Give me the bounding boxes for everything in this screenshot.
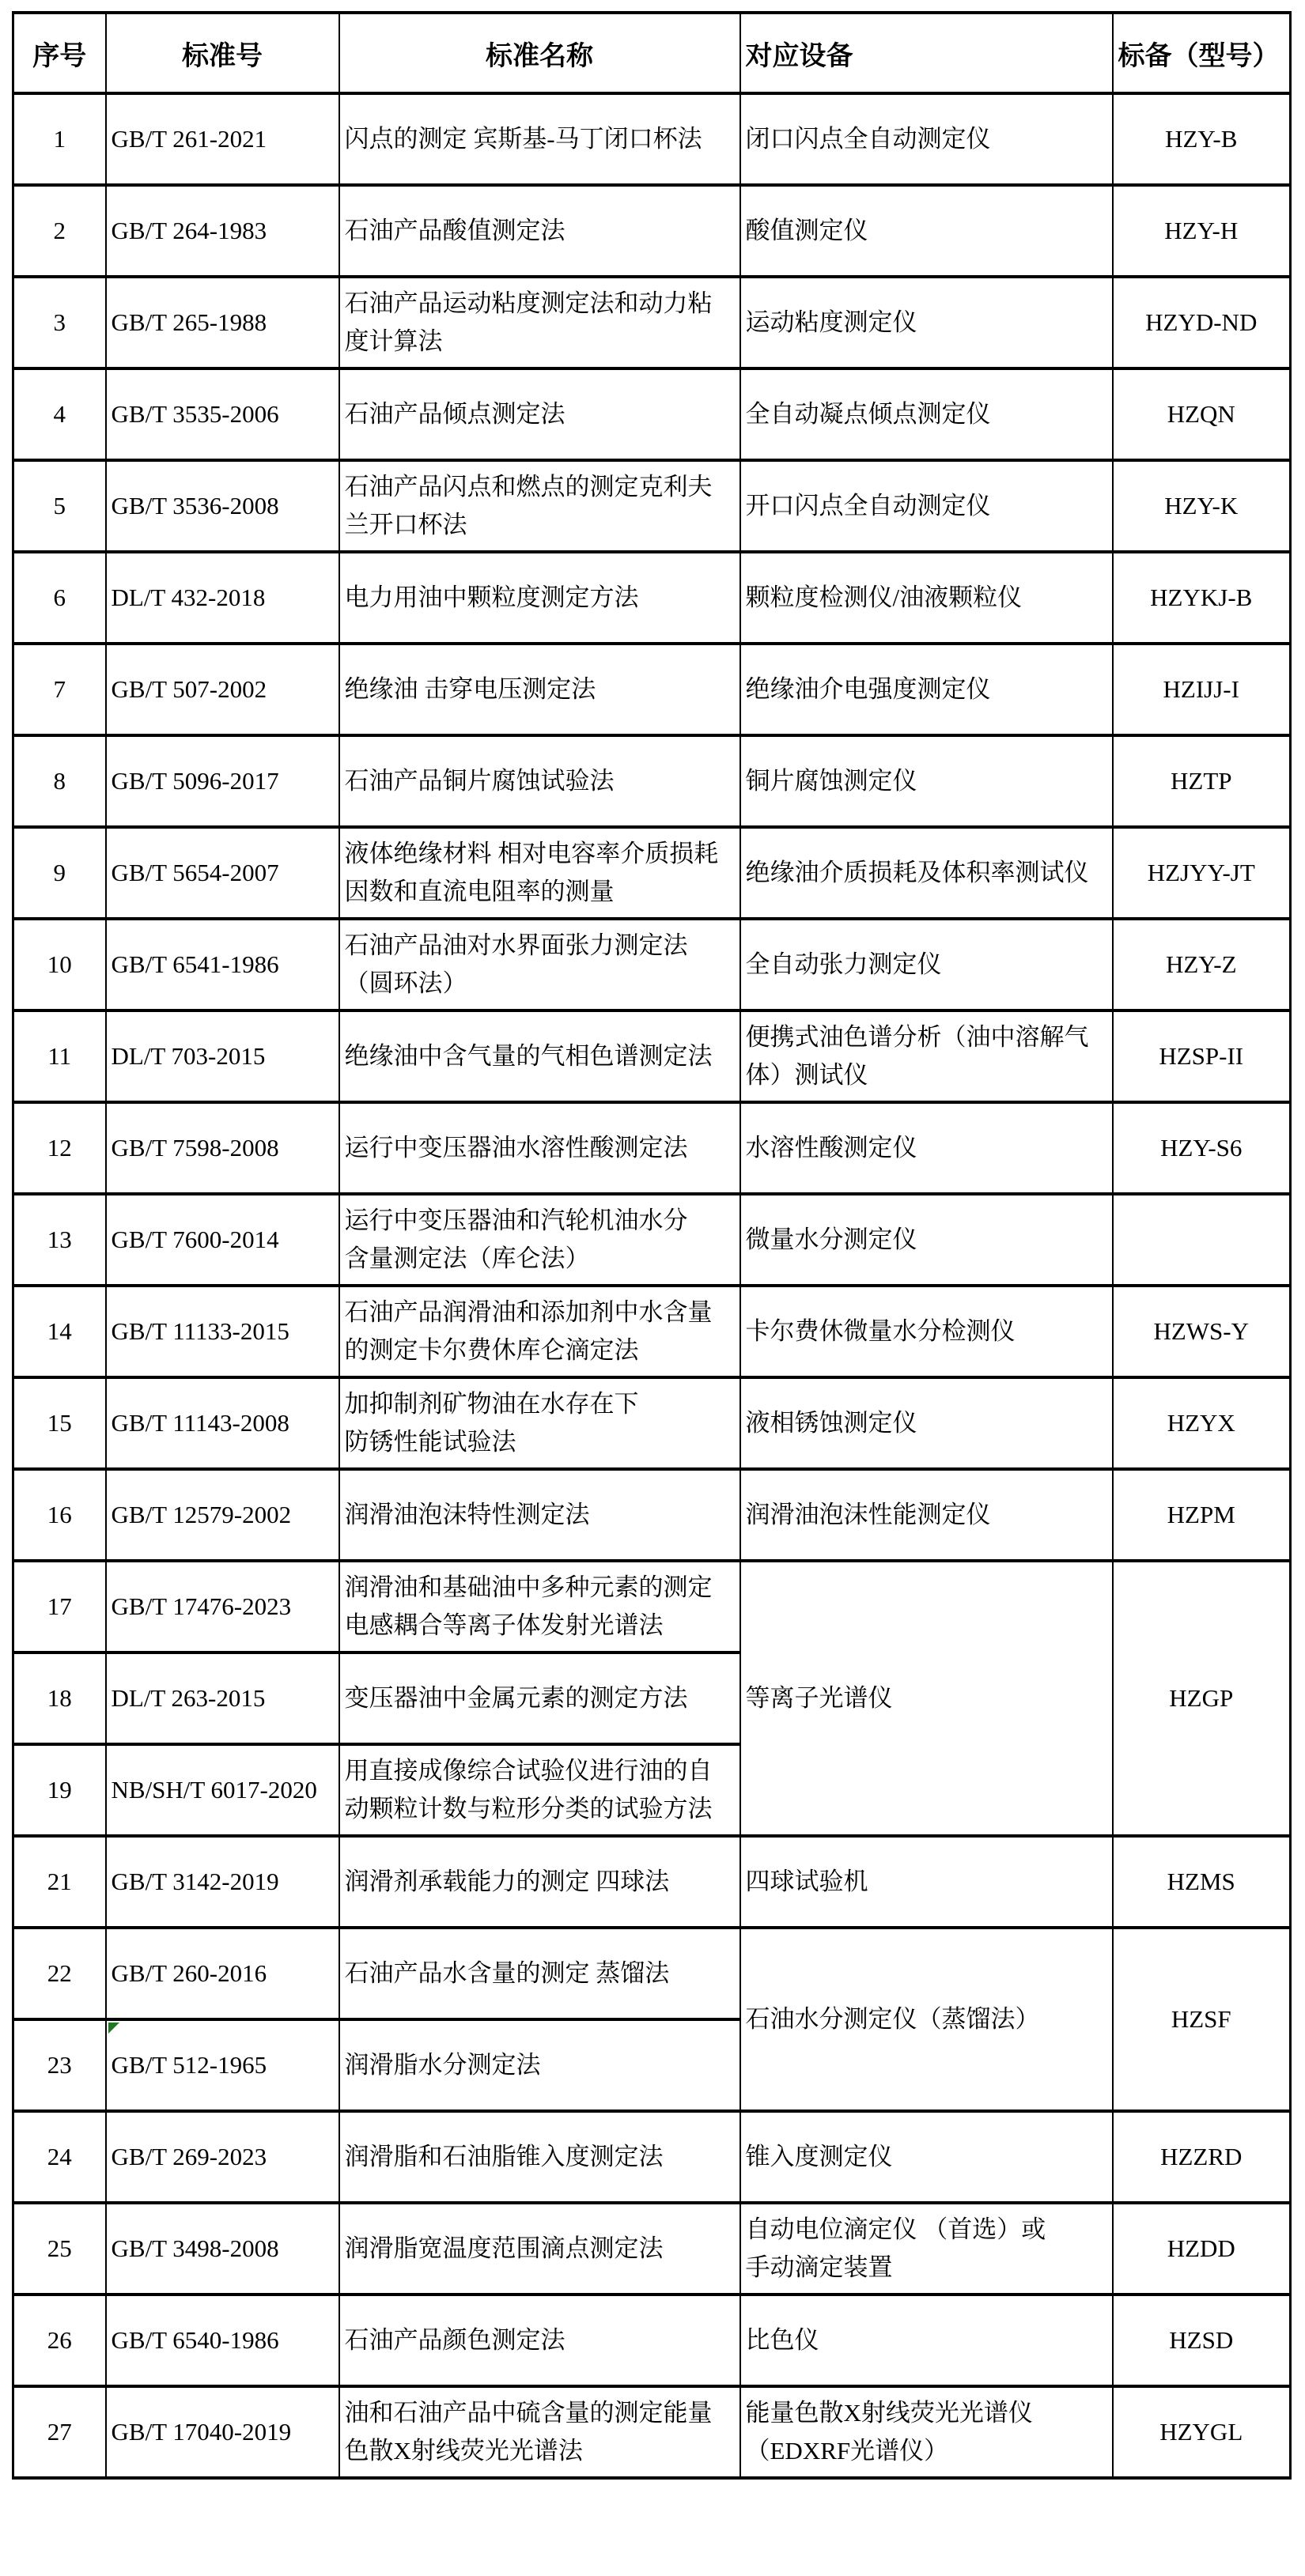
cell-device: 开口闪点全自动测定仪 bbox=[740, 460, 1113, 552]
table-row: 10GB/T 6541-1986石油产品油对水界面张力测定法 （圆环法）全自动张… bbox=[13, 919, 1291, 1010]
cell-standard-number: GB/T 7598-2008 bbox=[106, 1102, 339, 1194]
cell-model: HZMS bbox=[1113, 1836, 1291, 1928]
cell-serial-number: 12 bbox=[13, 1102, 106, 1194]
cell-serial-number: 9 bbox=[13, 827, 106, 919]
cell-standard-name: 运行中变压器油和汽轮机油水分 含量测定法（库仑法） bbox=[339, 1194, 740, 1286]
cell-serial-number: 11 bbox=[13, 1010, 106, 1102]
cell-model: HZQN bbox=[1113, 368, 1291, 460]
cell-standard-number: GB/T 11133-2015 bbox=[106, 1286, 339, 1377]
header-serial-number: 序号 bbox=[13, 13, 106, 93]
cell-model: HZTP bbox=[1113, 735, 1291, 827]
cell-standard-number: GB/T 3536-2008 bbox=[106, 460, 339, 552]
table-row: 16GB/T 12579-2002润滑油泡沫特性测定法润滑油泡沫性能测定仪HZP… bbox=[13, 1469, 1291, 1561]
table-row: 3GB/T 265-1988石油产品运动粘度测定法和动力粘 度计算法运动粘度测定… bbox=[13, 277, 1291, 368]
cell-standard-number: GB/T 512-1965 bbox=[106, 2019, 339, 2111]
table-row: 12GB/T 7598-2008运行中变压器油水溶性酸测定法水溶性酸测定仪HZY… bbox=[13, 1102, 1291, 1194]
cell-device: 锥入度测定仪 bbox=[740, 2111, 1113, 2203]
cell-standard-name: 加抑制剂矿物油在水存在下 防锈性能试验法 bbox=[339, 1377, 740, 1469]
cell-serial-number: 6 bbox=[13, 552, 106, 644]
cell-model: HZY-S6 bbox=[1113, 1102, 1291, 1194]
cell-standard-number: GB/T 3498-2008 bbox=[106, 2203, 339, 2295]
table-body: 1GB/T 261-2021闪点的测定 宾斯基-马丁闭口杯法闭口闪点全自动测定仪… bbox=[13, 93, 1291, 2478]
cell-standard-number: GB/T 261-2021 bbox=[106, 93, 339, 185]
table-row: 1GB/T 261-2021闪点的测定 宾斯基-马丁闭口杯法闭口闪点全自动测定仪… bbox=[13, 93, 1291, 185]
cell-device: 四球试验机 bbox=[740, 1836, 1113, 1928]
error-indicator-triangle bbox=[108, 2023, 119, 2034]
cell-device: 石油水分测定仪（蒸馏法） bbox=[740, 1928, 1113, 2111]
cell-device: 酸值测定仪 bbox=[740, 185, 1113, 277]
cell-serial-number: 13 bbox=[13, 1194, 106, 1286]
table-row: 8GB/T 5096-2017石油产品铜片腐蚀试验法铜片腐蚀测定仪HZTP bbox=[13, 735, 1291, 827]
cell-standard-name: 变压器油中金属元素的测定方法 bbox=[339, 1652, 740, 1744]
table-row: 21GB/T 3142-2019润滑剂承载能力的测定 四球法四球试验机HZMS bbox=[13, 1836, 1291, 1928]
cell-serial-number: 19 bbox=[13, 1744, 106, 1836]
cell-standard-number: NB/SH/T 6017-2020 bbox=[106, 1744, 339, 1836]
cell-standard-name: 石油产品运动粘度测定法和动力粘 度计算法 bbox=[339, 277, 740, 368]
cell-device: 等离子光谱仪 bbox=[740, 1561, 1113, 1836]
cell-standard-name: 润滑脂水分测定法 bbox=[339, 2019, 740, 2111]
cell-standard-name: 润滑油和基础油中多种元素的测定 电感耦合等离子体发射光谱法 bbox=[339, 1561, 740, 1652]
cell-serial-number: 22 bbox=[13, 1928, 106, 2019]
cell-model: HZY-B bbox=[1113, 93, 1291, 185]
cell-serial-number: 23 bbox=[13, 2019, 106, 2111]
table-row: 11DL/T 703-2015绝缘油中含气量的气相色谱测定法便携式油色谱分析（油… bbox=[13, 1010, 1291, 1102]
cell-model: HZSP-II bbox=[1113, 1010, 1291, 1102]
cell-device: 便携式油色谱分析（油中溶解气 体）测试仪 bbox=[740, 1010, 1113, 1102]
cell-standard-name: 闪点的测定 宾斯基-马丁闭口杯法 bbox=[339, 93, 740, 185]
header-standard-name: 标准名称 bbox=[339, 13, 740, 93]
table-row: 6DL/T 432-2018电力用油中颗粒度测定方法颗粒度检测仪/油液颗粒仪HZ… bbox=[13, 552, 1291, 644]
cell-serial-number: 14 bbox=[13, 1286, 106, 1377]
cell-standard-name: 石油产品倾点测定法 bbox=[339, 368, 740, 460]
cell-standard-name: 石油产品颜色测定法 bbox=[339, 2295, 740, 2386]
table-row: 13GB/T 7600-2014运行中变压器油和汽轮机油水分 含量测定法（库仑法… bbox=[13, 1194, 1291, 1286]
cell-standard-name: 用直接成像综合试验仪进行油的自 动颗粒计数与粒形分类的试验方法 bbox=[339, 1744, 740, 1836]
cell-standard-number: GB/T 3535-2006 bbox=[106, 368, 339, 460]
cell-standard-name: 石油产品水含量的测定 蒸馏法 bbox=[339, 1928, 740, 2019]
cell-standard-number: DL/T 432-2018 bbox=[106, 552, 339, 644]
table-row: 24GB/T 269-2023润滑脂和石油脂锥入度测定法锥入度测定仪HZZRD bbox=[13, 2111, 1291, 2203]
cell-device: 自动电位滴定仪 （首选）或 手动滴定装置 bbox=[740, 2203, 1113, 2295]
table-row: 2GB/T 264-1983石油产品酸值测定法酸值测定仪HZY-H bbox=[13, 185, 1291, 277]
cell-device: 颗粒度检测仪/油液颗粒仪 bbox=[740, 552, 1113, 644]
cell-standard-name: 电力用油中颗粒度测定方法 bbox=[339, 552, 740, 644]
cell-model: HZJYY-JT bbox=[1113, 827, 1291, 919]
table-row: 17GB/T 17476-2023润滑油和基础油中多种元素的测定 电感耦合等离子… bbox=[13, 1561, 1291, 1652]
cell-device: 卡尔费休微量水分检测仪 bbox=[740, 1286, 1113, 1377]
cell-device: 运动粘度测定仪 bbox=[740, 277, 1113, 368]
cell-model: HZYX bbox=[1113, 1377, 1291, 1469]
cell-serial-number: 21 bbox=[13, 1836, 106, 1928]
cell-model: HZGP bbox=[1113, 1561, 1291, 1836]
cell-model: HZY-K bbox=[1113, 460, 1291, 552]
cell-model bbox=[1113, 1194, 1291, 1286]
cell-serial-number: 8 bbox=[13, 735, 106, 827]
cell-standard-number: GB/T 11143-2008 bbox=[106, 1377, 339, 1469]
cell-standard-name: 润滑油泡沫特性测定法 bbox=[339, 1469, 740, 1561]
cell-serial-number: 16 bbox=[13, 1469, 106, 1561]
cell-device: 全自动凝点倾点测定仪 bbox=[740, 368, 1113, 460]
cell-serial-number: 26 bbox=[13, 2295, 106, 2386]
cell-standard-name: 润滑剂承载能力的测定 四球法 bbox=[339, 1836, 740, 1928]
cell-standard-name: 润滑脂宽温度范围滴点测定法 bbox=[339, 2203, 740, 2295]
cell-standard-number: GB/T 17476-2023 bbox=[106, 1561, 339, 1652]
cell-model: HZIJJ-I bbox=[1113, 644, 1291, 735]
document-page: 序号 标准号 标准名称 对应设备 标备（型号） 1GB/T 261-2021闪点… bbox=[12, 11, 1292, 2480]
cell-serial-number: 7 bbox=[13, 644, 106, 735]
cell-device: 能量色散X射线荧光光谱仪 （EDXRF光谱仪） bbox=[740, 2386, 1113, 2478]
cell-model: HZYGL bbox=[1113, 2386, 1291, 2478]
cell-standard-name: 绝缘油 击穿电压测定法 bbox=[339, 644, 740, 735]
cell-serial-number: 18 bbox=[13, 1652, 106, 1744]
cell-model: HZDD bbox=[1113, 2203, 1291, 2295]
cell-serial-number: 4 bbox=[13, 368, 106, 460]
cell-device: 绝缘油介质损耗及体积率测试仪 bbox=[740, 827, 1113, 919]
cell-model: HZY-H bbox=[1113, 185, 1291, 277]
cell-serial-number: 3 bbox=[13, 277, 106, 368]
cell-serial-number: 24 bbox=[13, 2111, 106, 2203]
cell-serial-number: 15 bbox=[13, 1377, 106, 1469]
cell-standard-number: DL/T 263-2015 bbox=[106, 1652, 339, 1744]
cell-serial-number: 2 bbox=[13, 185, 106, 277]
cell-standard-number: GB/T 260-2016 bbox=[106, 1928, 339, 2019]
table-row: 9GB/T 5654-2007液体绝缘材料 相对电容率介质损耗 因数和直流电阻率… bbox=[13, 827, 1291, 919]
cell-model: HZSF bbox=[1113, 1928, 1291, 2111]
cell-standard-name: 石油产品润滑油和添加剂中水含量 的测定卡尔费休库仑滴定法 bbox=[339, 1286, 740, 1377]
table-row: 27GB/T 17040-2019油和石油产品中硫含量的测定能量 色散X射线荧光… bbox=[13, 2386, 1291, 2478]
cell-model: HZPM bbox=[1113, 1469, 1291, 1561]
table-row: 22GB/T 260-2016石油产品水含量的测定 蒸馏法石油水分测定仪（蒸馏法… bbox=[13, 1928, 1291, 2019]
cell-device: 水溶性酸测定仪 bbox=[740, 1102, 1113, 1194]
cell-serial-number: 5 bbox=[13, 460, 106, 552]
cell-standard-number: GB/T 5096-2017 bbox=[106, 735, 339, 827]
cell-model: HZWS-Y bbox=[1113, 1286, 1291, 1377]
cell-device: 比色仪 bbox=[740, 2295, 1113, 2386]
cell-serial-number: 25 bbox=[13, 2203, 106, 2295]
cell-device: 微量水分测定仪 bbox=[740, 1194, 1113, 1286]
cell-serial-number: 27 bbox=[13, 2386, 106, 2478]
cell-standard-number: GB/T 264-1983 bbox=[106, 185, 339, 277]
cell-device: 全自动张力测定仪 bbox=[740, 919, 1113, 1010]
cell-serial-number: 1 bbox=[13, 93, 106, 185]
standards-table: 序号 标准号 标准名称 对应设备 标备（型号） 1GB/T 261-2021闪点… bbox=[12, 11, 1292, 2480]
cell-standard-number: GB/T 7600-2014 bbox=[106, 1194, 339, 1286]
table-row: 14GB/T 11133-2015石油产品润滑油和添加剂中水含量 的测定卡尔费休… bbox=[13, 1286, 1291, 1377]
cell-model: HZSD bbox=[1113, 2295, 1291, 2386]
cell-standard-number: GB/T 269-2023 bbox=[106, 2111, 339, 2203]
cell-standard-name: 石油产品闪点和燃点的测定克利夫 兰开口杯法 bbox=[339, 460, 740, 552]
table-row: 26GB/T 6540-1986石油产品颜色测定法比色仪HZSD bbox=[13, 2295, 1291, 2386]
cell-standard-name: 石油产品铜片腐蚀试验法 bbox=[339, 735, 740, 827]
cell-model: HZY-Z bbox=[1113, 919, 1291, 1010]
header-row: 序号 标准号 标准名称 对应设备 标备（型号） bbox=[13, 13, 1291, 93]
cell-standard-number: GB/T 6541-1986 bbox=[106, 919, 339, 1010]
cell-standard-number: GB/T 6540-1986 bbox=[106, 2295, 339, 2386]
cell-model: HZYD-ND bbox=[1113, 277, 1291, 368]
cell-device: 绝缘油介电强度测定仪 bbox=[740, 644, 1113, 735]
cell-model: HZZRD bbox=[1113, 2111, 1291, 2203]
cell-standard-number: GB/T 5654-2007 bbox=[106, 827, 339, 919]
cell-device: 铜片腐蚀测定仪 bbox=[740, 735, 1113, 827]
cell-device: 润滑油泡沫性能测定仪 bbox=[740, 1469, 1113, 1561]
cell-standard-name: 石油产品油对水界面张力测定法 （圆环法） bbox=[339, 919, 740, 1010]
cell-standard-name: 液体绝缘材料 相对电容率介质损耗 因数和直流电阻率的测量 bbox=[339, 827, 740, 919]
cell-standard-number: GB/T 12579-2002 bbox=[106, 1469, 339, 1561]
cell-standard-name: 石油产品酸值测定法 bbox=[339, 185, 740, 277]
cell-model: HZYKJ-B bbox=[1113, 552, 1291, 644]
cell-standard-name: 润滑脂和石油脂锥入度测定法 bbox=[339, 2111, 740, 2203]
table-row: 7GB/T 507-2002绝缘油 击穿电压测定法绝缘油介电强度测定仪HZIJJ… bbox=[13, 644, 1291, 735]
cell-standard-number: GB/T 265-1988 bbox=[106, 277, 339, 368]
cell-serial-number: 10 bbox=[13, 919, 106, 1010]
cell-standard-name: 绝缘油中含气量的气相色谱测定法 bbox=[339, 1010, 740, 1102]
cell-device: 液相锈蚀测定仪 bbox=[740, 1377, 1113, 1469]
cell-standard-name: 油和石油产品中硫含量的测定能量 色散X射线荧光光谱法 bbox=[339, 2386, 740, 2478]
cell-standard-name: 运行中变压器油水溶性酸测定法 bbox=[339, 1102, 740, 1194]
cell-standard-number: GB/T 507-2002 bbox=[106, 644, 339, 735]
cell-device: 闭口闪点全自动测定仪 bbox=[740, 93, 1113, 185]
table-row: 15GB/T 11143-2008加抑制剂矿物油在水存在下 防锈性能试验法液相锈… bbox=[13, 1377, 1291, 1469]
header-standard-number: 标准号 bbox=[106, 13, 339, 93]
cell-standard-number: GB/T 3142-2019 bbox=[106, 1836, 339, 1928]
cell-serial-number: 17 bbox=[13, 1561, 106, 1652]
cell-standard-number: GB/T 17040-2019 bbox=[106, 2386, 339, 2478]
table-row: 5GB/T 3536-2008石油产品闪点和燃点的测定克利夫 兰开口杯法开口闪点… bbox=[13, 460, 1291, 552]
header-corresponding-device: 对应设备 bbox=[740, 13, 1113, 93]
header-device-model: 标备（型号） bbox=[1113, 13, 1291, 93]
cell-standard-number: DL/T 703-2015 bbox=[106, 1010, 339, 1102]
table-row: 4GB/T 3535-2006石油产品倾点测定法全自动凝点倾点测定仪HZQN bbox=[13, 368, 1291, 460]
table-row: 25GB/T 3498-2008润滑脂宽温度范围滴点测定法自动电位滴定仪 （首选… bbox=[13, 2203, 1291, 2295]
